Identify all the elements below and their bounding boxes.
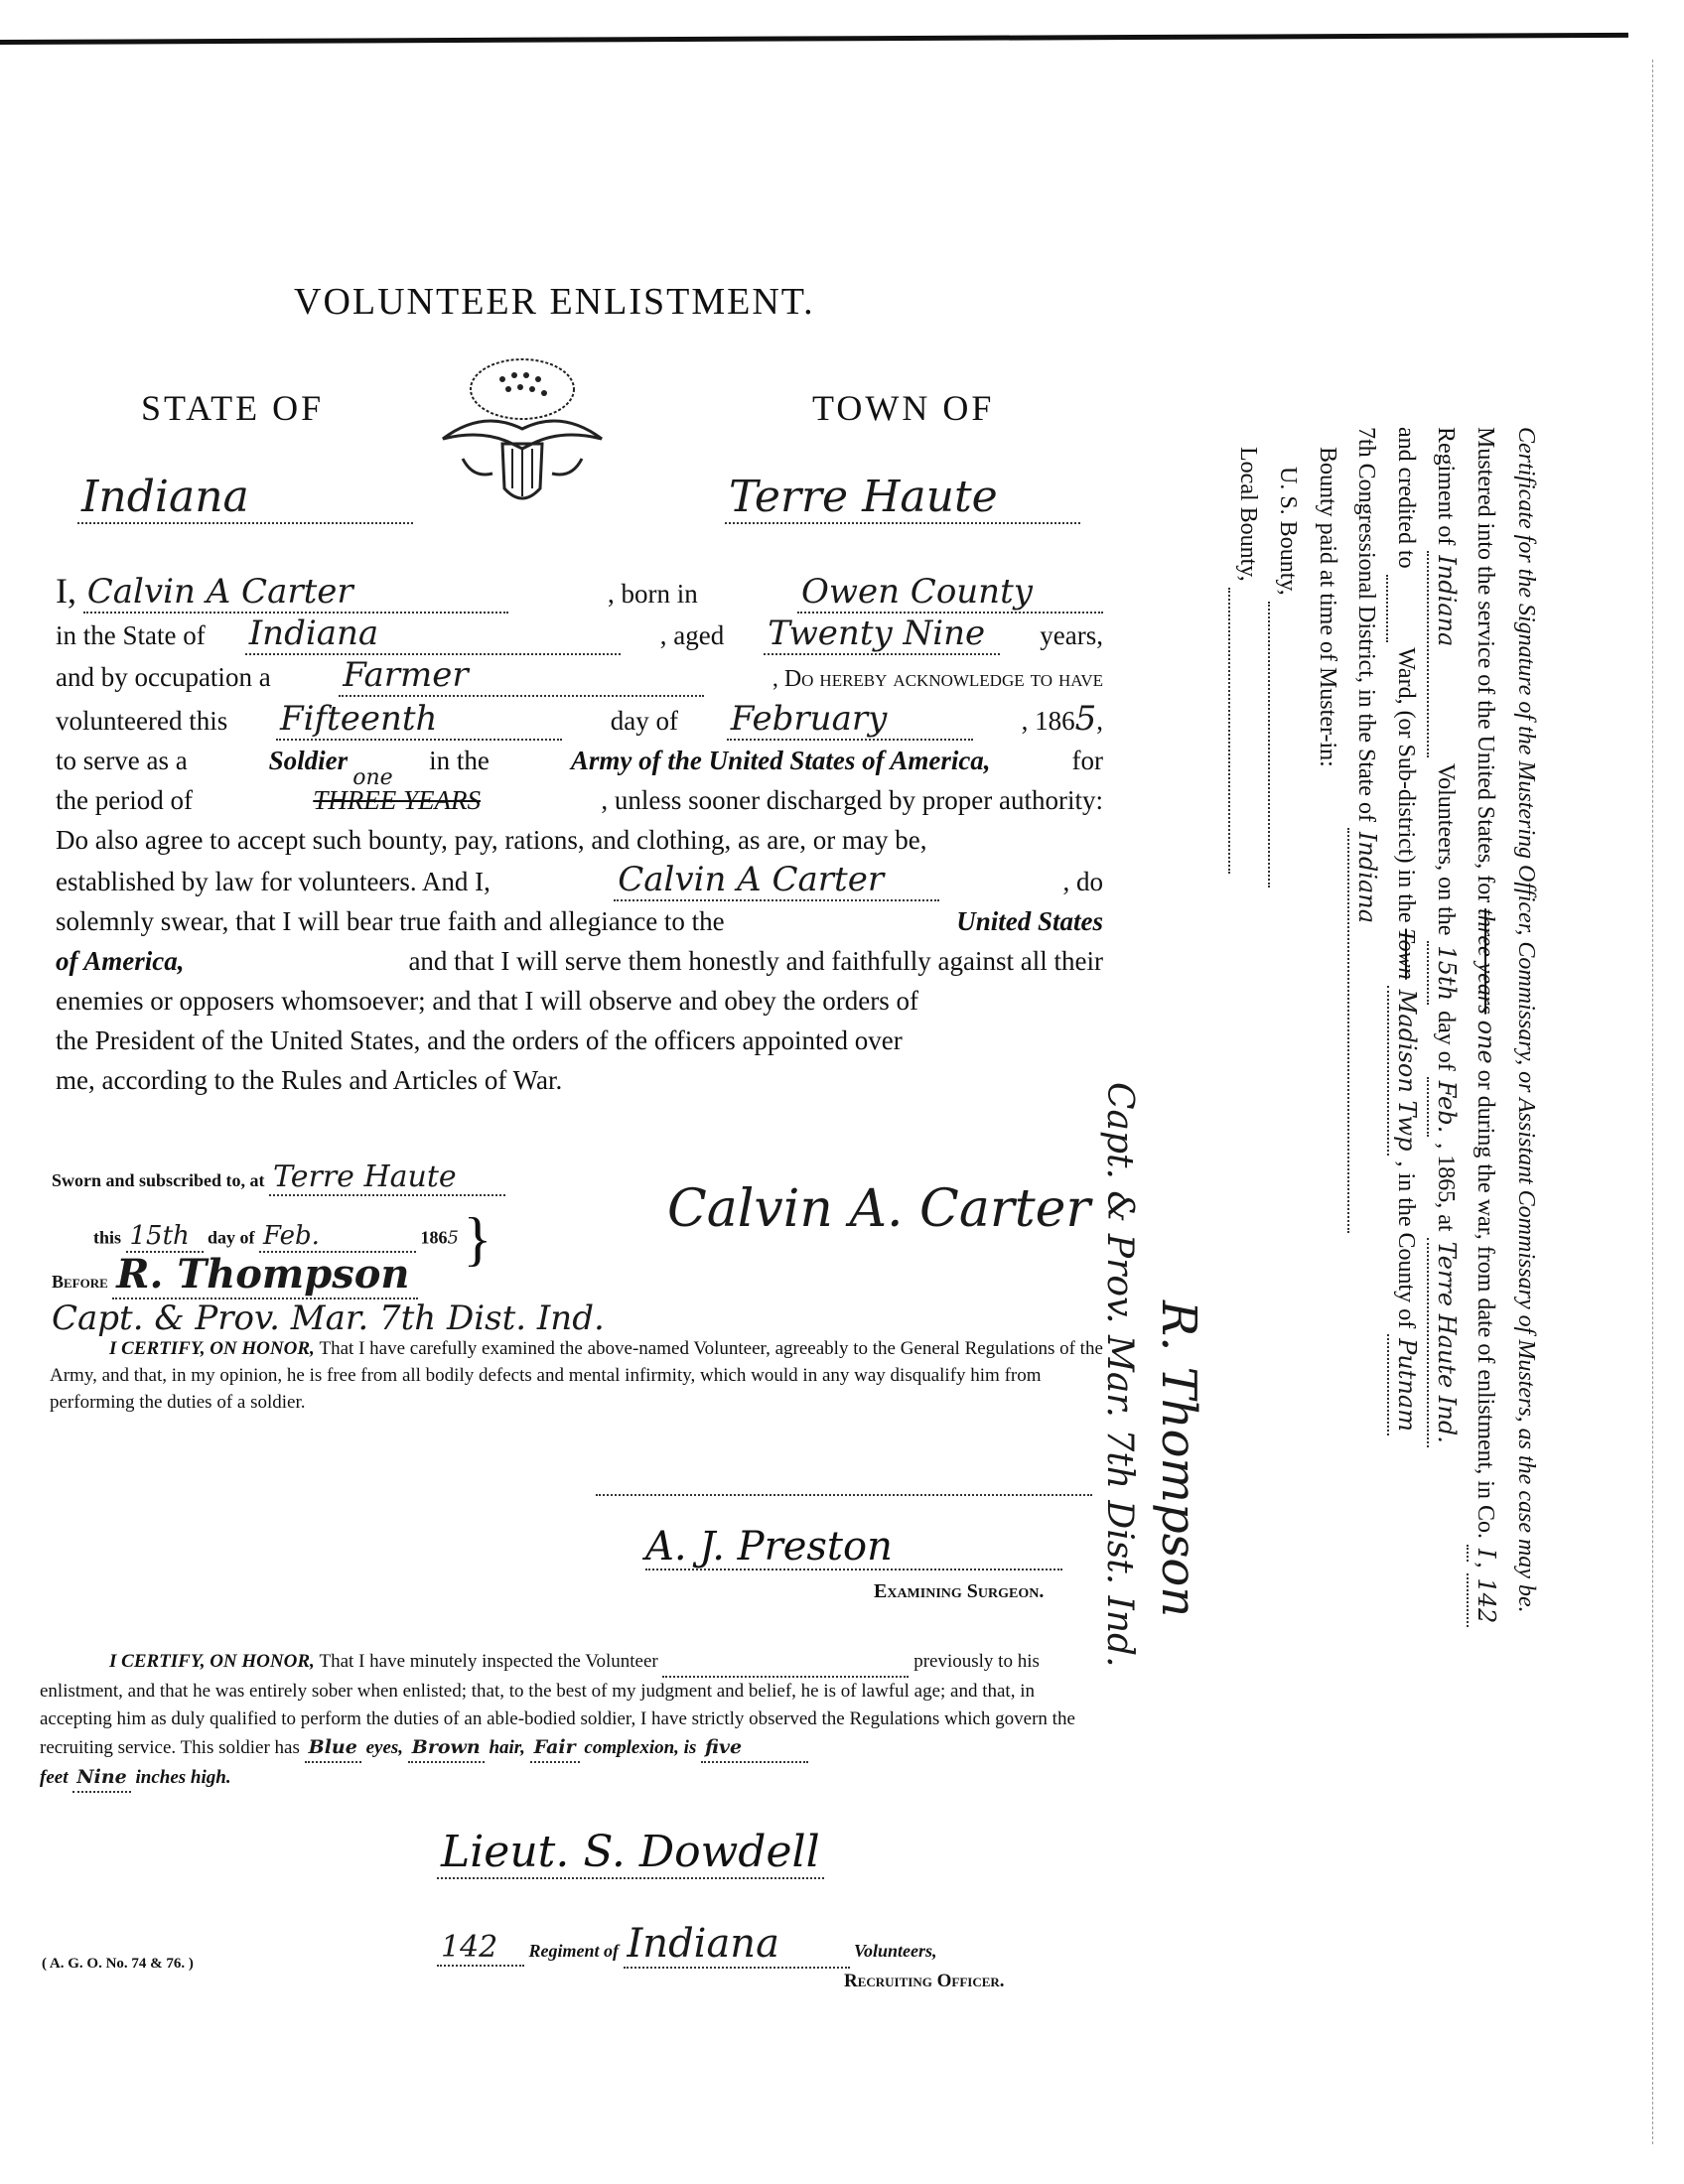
- occupation-field: Farmer: [339, 655, 704, 697]
- height-feet-field: five: [701, 1733, 808, 1763]
- state-value-field: Indiana: [77, 472, 413, 524]
- enlist-day-field: Fifteenth: [276, 699, 562, 741]
- local-bounty-label: Local Bounty,: [1235, 447, 1261, 582]
- complexion-label: complexion, is: [584, 1737, 696, 1758]
- oath-line-4: the President of the United States, and …: [56, 1021, 903, 1060]
- years-label: years,: [1040, 615, 1103, 655]
- period-struck-text: THREE YEARS: [313, 785, 481, 815]
- period-label: the period of: [56, 780, 193, 820]
- period-inserted-text: one: [352, 758, 392, 798]
- acknowledge-label: , Do hereby acknowledge to have: [772, 659, 1103, 699]
- mustering-heading: Certificate for the Signature of the Mus…: [1504, 427, 1544, 1668]
- regiment-number-field: 142: [437, 1930, 524, 1967]
- recruiter-certify-lead: I CERTIFY, ON HONOR,: [40, 1651, 315, 1672]
- form-number: ( A. G. O. No. 74 & 76. ): [42, 1956, 194, 1973]
- volunteers-label: Volunteers,: [854, 1941, 937, 1961]
- hair-field: Brown: [408, 1733, 485, 1763]
- muster-line-1: Mustered into the service of the United …: [1473, 427, 1498, 902]
- inches-label: inches high.: [135, 1767, 230, 1788]
- bounty-label: Bounty paid at time of Muster-in:: [1306, 427, 1345, 1668]
- enlist-month-field: February: [727, 699, 973, 741]
- regiment-line: 142 Regiment of Indiana Volunteers,: [437, 1921, 937, 1969]
- page-top-border: [0, 33, 1628, 45]
- page-title: VOLUNTEER ENLISTMENT.: [294, 280, 815, 324]
- eyes-label: eyes,: [366, 1737, 403, 1758]
- muster-line-3a: and credited to: [1393, 427, 1419, 569]
- agree-text: Do also agree to accept such bounty, pay…: [56, 820, 926, 860]
- oath-line-3: enemies or opposers whomsoever; and that…: [56, 981, 918, 1021]
- muster-line-2b: Volunteers, on the: [1433, 763, 1459, 936]
- oath-line-1: solemnly swear, that I will bear true fa…: [56, 901, 725, 941]
- oath-line-2: and that I will serve them honestly and …: [408, 941, 1103, 981]
- muster-line-2c: day of: [1433, 1011, 1459, 1071]
- occupation-label: and by occupation a: [56, 657, 271, 697]
- usa-bold-1: United States: [956, 901, 1103, 941]
- state-of-label: STATE OF: [141, 387, 324, 429]
- army-text: Army of the United States of America,: [571, 741, 991, 780]
- muster-year: , 1865, at: [1433, 1143, 1459, 1231]
- year-prefix: , 186: [1022, 706, 1075, 736]
- muster-term-inserted: one: [1473, 1021, 1500, 1064]
- eyes-field: Blue: [305, 1733, 361, 1763]
- surgeon-signature-line: [645, 1569, 1062, 1570]
- sworn-year-suffix: 5: [448, 1228, 459, 1249]
- muster-line-2a: Regiment of: [1433, 427, 1459, 545]
- sworn-day-field: 15th: [126, 1221, 204, 1253]
- muster-county-field: Putnam: [1387, 1334, 1425, 1435]
- sworn-day-of-label: day of: [208, 1228, 255, 1248]
- sworn-month-field: Feb.: [259, 1221, 416, 1253]
- born-in-label: , born in: [608, 574, 698, 614]
- age-field: Twenty Nine: [764, 614, 1000, 655]
- surgeon-certify-lead: I CERTIFY, ON HONOR,: [50, 1338, 315, 1359]
- recruiter-role-label: Recruiting Officer.: [844, 1971, 1005, 1992]
- volunteer-signature: Calvin A. Carter: [667, 1179, 1090, 1239]
- muster-county-label: , in the County of: [1393, 1161, 1419, 1329]
- muster-line-1b: or during the war, from date of enlistme…: [1473, 1070, 1498, 1539]
- sworn-label: Sworn and subscribed to, at: [52, 1170, 265, 1190]
- mustering-officer-title: Capt. & Prov. Mar. 7th Dist. Ind.: [1097, 427, 1137, 1668]
- muster-day-field: 15th: [1427, 941, 1465, 1005]
- volunteered-label: volunteered this: [56, 701, 227, 741]
- regiment-label: Regiment of: [529, 1941, 620, 1961]
- sworn-this-label: this: [93, 1228, 121, 1248]
- regiment-state-field: Indiana: [624, 1921, 850, 1969]
- established-text: established by law for volunteers. And I…: [56, 862, 491, 901]
- muster-township-field: Madison Twp: [1387, 986, 1425, 1156]
- serve-text: to serve as a: [56, 741, 188, 780]
- complexion-field: Fair: [530, 1733, 580, 1763]
- muster-place-field: Terre Haute Ind.: [1427, 1238, 1465, 1447]
- height-inches-field: Nine: [72, 1763, 131, 1793]
- town-of-label: TOWN OF: [812, 387, 994, 429]
- sworn-year-prefix: 186: [421, 1228, 448, 1248]
- muster-town-struck: Town: [1393, 929, 1419, 980]
- i-label: I,: [56, 571, 76, 611]
- surgeon-certificate: I CERTIFY, ON HONOR, That I have careful…: [50, 1335, 1112, 1416]
- oath-line-5: me, according to the Rules and Articles …: [56, 1060, 562, 1100]
- recruiter-signature: Lieut. S. Dowdell: [437, 1827, 824, 1879]
- surgeon-signature: A. J. Preston: [645, 1524, 893, 1570]
- muster-line-4a: 7th Congressional District, in the State…: [1353, 427, 1379, 822]
- year-suffix-field: 5: [1075, 699, 1097, 739]
- volunteer-name-field: Calvin A Carter: [83, 572, 508, 614]
- volunteer-name-repeat-field: Calvin A Carter: [614, 860, 939, 901]
- birthplace-field: Owen County: [797, 572, 1103, 614]
- surgeon-signature-line-upper: [596, 1494, 1092, 1496]
- eagle-emblem-icon: [433, 349, 612, 518]
- hair-label: hair,: [489, 1737, 524, 1758]
- day-of-label: day of: [611, 701, 678, 741]
- in-state-label: in the State of: [56, 615, 206, 655]
- soldier-word: Soldier: [269, 741, 349, 780]
- before-label: Before: [52, 1272, 108, 1292]
- muster-ward-label: Ward, (or Sub-district) in the: [1393, 647, 1419, 922]
- muster-term-struck: three years: [1473, 908, 1498, 1014]
- provost-title: Capt. & Prov. Mar. 7th Dist. Ind.: [52, 1298, 605, 1338]
- serve-text-2: in the: [429, 741, 490, 780]
- recruiter-text-1: That I have minutely inspected the Volun…: [320, 1651, 658, 1672]
- aged-label: , aged: [660, 615, 724, 655]
- mustering-certificate: Certificate for the Signature of the Mus…: [1097, 427, 1544, 1668]
- page-right-edge: [1652, 60, 1654, 2144]
- muster-district-state-field: Indiana: [1347, 828, 1385, 1233]
- muster-month-field: Feb.: [1427, 1077, 1465, 1138]
- muster-regiment-state-field: Indiana: [1427, 551, 1465, 757]
- enlistment-oath: I, Calvin A Carter , born in Owen County…: [56, 571, 1103, 1100]
- period-rest-text: , unless sooner discharged by proper aut…: [601, 780, 1103, 820]
- muster-regiment-field: 142: [1467, 1573, 1504, 1627]
- us-bounty-label: U. S. Bounty,: [1275, 467, 1301, 596]
- town-value-field: Terre Haute: [725, 472, 1080, 524]
- sworn-place-field: Terre Haute: [269, 1160, 505, 1196]
- provost-signature: R. Thompson: [112, 1251, 418, 1299]
- surgeon-role-label: Examining Surgeon.: [874, 1580, 1044, 1603]
- feet-label: feet: [40, 1767, 68, 1788]
- muster-company-field: I: [1467, 1545, 1504, 1562]
- birth-state-field: Indiana: [245, 614, 621, 655]
- mustering-officer-signature: R. Thompson: [1157, 427, 1196, 1668]
- recruiter-certificate: I CERTIFY, ON HONOR, That I have minutel…: [40, 1648, 1092, 1793]
- usa-bold-2: of America,: [56, 941, 184, 981]
